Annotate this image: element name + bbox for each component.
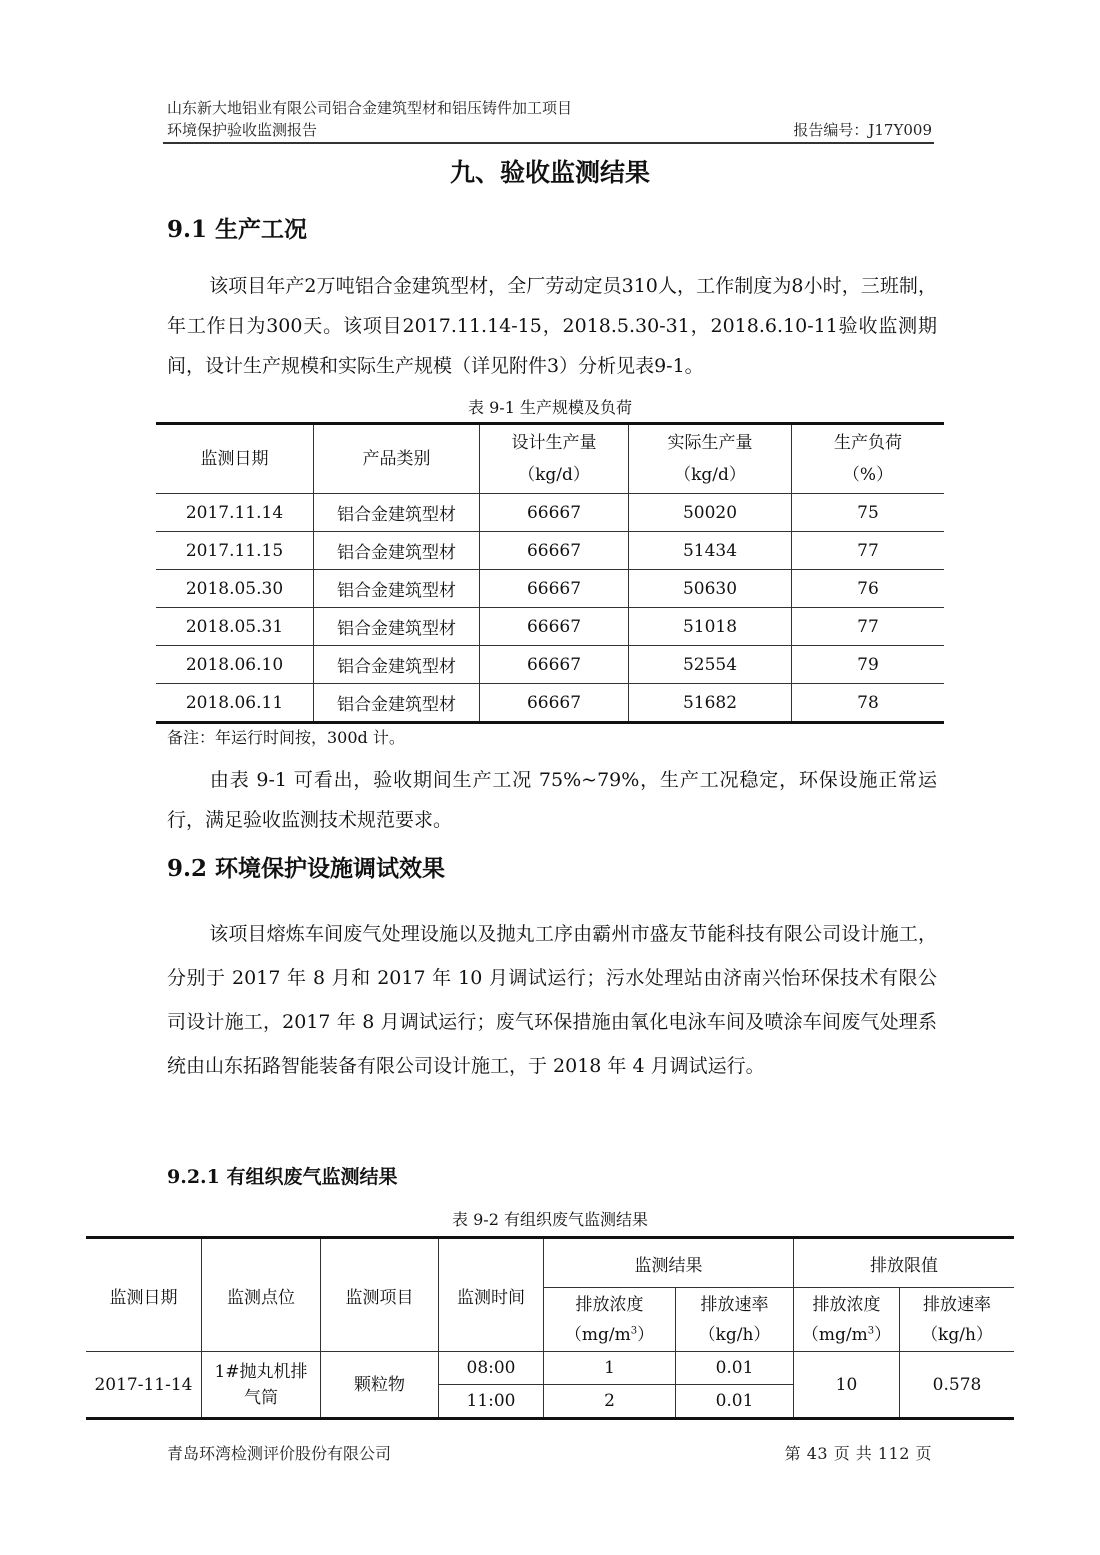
- cell-item: 颗粒物: [321, 1352, 439, 1419]
- footer-company: 青岛环湾检测评价股份有限公司: [167, 1443, 391, 1465]
- table-9-1-note: 备注：年运行时间按，300d 计。: [167, 727, 405, 749]
- cell-load: 79: [792, 646, 945, 684]
- cell-design: 66667: [480, 570, 629, 608]
- header-point: 监测点位: [202, 1238, 321, 1352]
- header-divider: [163, 142, 934, 144]
- header-limit-rate: 排放速率（kg/h）: [900, 1288, 1015, 1352]
- table-row: 2017.11.15 铝合金建筑型材 66667 51434 77: [156, 532, 944, 570]
- header-date: 监测日期: [86, 1238, 202, 1352]
- cell-date: 2017-11-14: [86, 1352, 202, 1419]
- footer-page-number: 第 43 页 共 112 页: [785, 1443, 932, 1465]
- cell-load: 77: [792, 532, 945, 570]
- header-project-title: 山东新大地铝业有限公司铝合金建筑型材和铝压铸件加工项目: [167, 98, 572, 118]
- table-row: 2018.05.30 铝合金建筑型材 66667 50630 76: [156, 570, 944, 608]
- header-actual-output: 实际生产量（kg/d）: [629, 424, 792, 494]
- table-row: 2018.05.31 铝合金建筑型材 66667 51018 77: [156, 608, 944, 646]
- header-item: 监测项目: [321, 1238, 439, 1352]
- cell-limit-rate: 0.578: [900, 1352, 1015, 1419]
- cell-actual: 51434: [629, 532, 792, 570]
- cell-load: 77: [792, 608, 945, 646]
- table-row: 2018.06.11 铝合金建筑型材 66667 51682 78: [156, 684, 944, 723]
- header-load: 生产负荷（%）: [792, 424, 945, 494]
- section-91-paragraph-text: 该项目年产2万吨铝合金建筑型材，全厂劳动定员310人，工作制度为8小时，三班制，…: [167, 275, 937, 377]
- cell-actual: 51018: [629, 608, 792, 646]
- cell-product: 铝合金建筑型材: [314, 532, 480, 570]
- cell-date: 2017.11.15: [156, 532, 314, 570]
- header-limit-group: 排放限值: [794, 1238, 1015, 1288]
- header-result-group: 监测结果: [544, 1238, 794, 1288]
- cell-actual: 50630: [629, 570, 792, 608]
- section-92-title: 9.2 环境保护设施调试效果: [167, 852, 445, 886]
- cell-load: 75: [792, 494, 945, 532]
- table-row: 2018.06.10 铝合金建筑型材 66667 52554 79: [156, 646, 944, 684]
- table-9-2-emissions: 监测日期 监测点位 监测项目 监测时间 监测结果 排放限值 排放浓度（mg/m3…: [86, 1236, 1014, 1420]
- cell-time: 11:00: [439, 1385, 544, 1419]
- cell-conc: 2: [544, 1385, 676, 1419]
- cell-time: 08:00: [439, 1352, 544, 1385]
- header-result-conc: 排放浓度（mg/m3）: [544, 1288, 676, 1352]
- cell-load: 78: [792, 684, 945, 723]
- header-limit-conc: 排放浓度（mg/m3）: [794, 1288, 900, 1352]
- header-result-rate: 排放速率（kg/h）: [676, 1288, 794, 1352]
- table-9-2-caption: 表 9-2 有组织废气监测结果: [0, 1209, 1100, 1231]
- header-product: 产品类别: [314, 424, 480, 494]
- cell-date: 2018.05.31: [156, 608, 314, 646]
- section-91-conclusion: 由表 9-1 可看出，验收期间生产工况 75%~79%，生产工况稳定，环保设施正…: [167, 760, 937, 840]
- header-report-type: 环境保护验收监测报告: [167, 120, 317, 140]
- cell-actual: 51682: [629, 684, 792, 723]
- cell-design: 66667: [480, 532, 629, 570]
- cell-date: 2018.06.10: [156, 646, 314, 684]
- cell-limit-conc: 10: [794, 1352, 900, 1419]
- subsection-921-title: 9.2.1 有组织废气监测结果: [167, 1163, 398, 1191]
- cell-actual: 50020: [629, 494, 792, 532]
- cell-load: 76: [792, 570, 945, 608]
- cell-product: 铝合金建筑型材: [314, 646, 480, 684]
- header-time: 监测时间: [439, 1238, 544, 1352]
- cell-rate: 0.01: [676, 1385, 794, 1419]
- header-design-output: 设计生产量（kg/d）: [480, 424, 629, 494]
- table-header-row: 监测日期 产品类别 设计生产量（kg/d） 实际生产量（kg/d） 生产负荷（%…: [156, 424, 944, 494]
- cell-product: 铝合金建筑型材: [314, 608, 480, 646]
- cell-design: 66667: [480, 684, 629, 723]
- cell-date: 2018.06.11: [156, 684, 314, 723]
- section-92-paragraph-text: 该项目熔炼车间废气处理设施以及抛丸工序由霸州市盛友节能科技有限公司设计施工，分别…: [167, 923, 937, 1077]
- cell-design: 66667: [480, 608, 629, 646]
- cell-product: 铝合金建筑型材: [314, 684, 480, 723]
- cell-date: 2018.05.30: [156, 570, 314, 608]
- cell-design: 66667: [480, 646, 629, 684]
- cell-rate: 0.01: [676, 1352, 794, 1385]
- table-9-1-caption: 表 9-1 生产规模及负荷: [0, 397, 1100, 419]
- table-row: 2017.11.14 铝合金建筑型材 66667 50020 75: [156, 494, 944, 532]
- section-91-conclusion-text: 由表 9-1 可看出，验收期间生产工况 75%~79%，生产工况稳定，环保设施正…: [167, 769, 937, 831]
- section-91-title: 9.1 生产工况: [167, 213, 307, 247]
- table-header-row-1: 监测日期 监测点位 监测项目 监测时间 监测结果 排放限值: [86, 1238, 1014, 1288]
- table-row: 2017-11-14 1#抛丸机排气筒 颗粒物 08:00 1 0.01 10 …: [86, 1352, 1014, 1385]
- cell-product: 铝合金建筑型材: [314, 570, 480, 608]
- cell-design: 66667: [480, 494, 629, 532]
- section-92-paragraph: 该项目熔炼车间废气处理设施以及抛丸工序由霸州市盛友节能科技有限公司设计施工，分别…: [167, 912, 937, 1088]
- section-91-paragraph: 该项目年产2万吨铝合金建筑型材，全厂劳动定员310人，工作制度为8小时，三班制，…: [167, 266, 937, 386]
- cell-point: 1#抛丸机排气筒: [202, 1352, 321, 1419]
- chapter-title: 九、验收监测结果: [0, 155, 1100, 191]
- cell-date: 2017.11.14: [156, 494, 314, 532]
- cell-actual: 52554: [629, 646, 792, 684]
- table-9-1-production: 监测日期 产品类别 设计生产量（kg/d） 实际生产量（kg/d） 生产负荷（%…: [156, 422, 944, 724]
- cell-product: 铝合金建筑型材: [314, 494, 480, 532]
- cell-conc: 1: [544, 1352, 676, 1385]
- header-date: 监测日期: [156, 424, 314, 494]
- header-report-number: 报告编号：J17Y009: [793, 120, 932, 140]
